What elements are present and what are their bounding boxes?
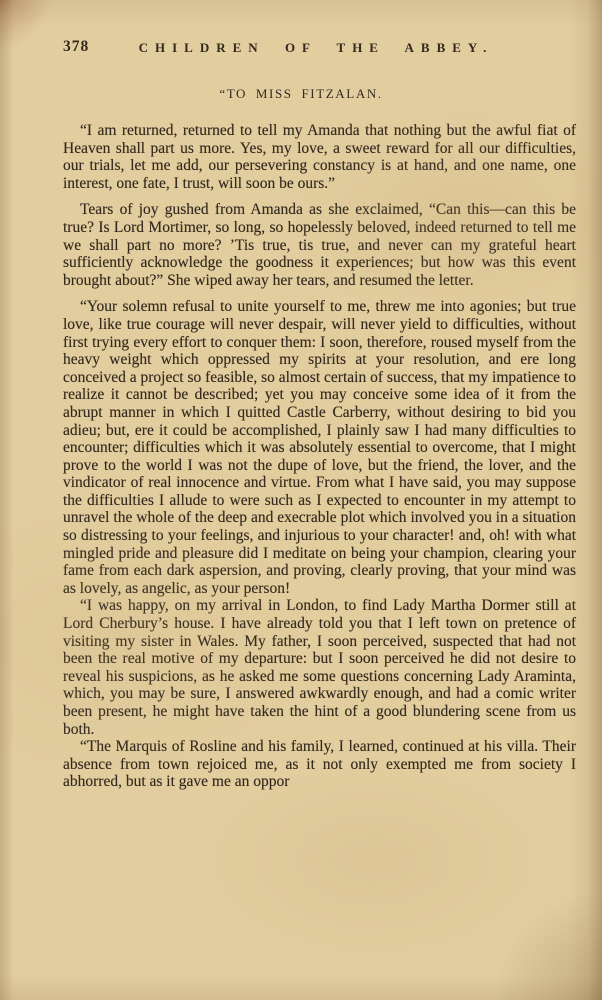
page-header: 378 CHILDREN OF THE ABBEY. — [0, 0, 602, 62]
book-page: 378 CHILDREN OF THE ABBEY. “TO MISS FITZ… — [0, 0, 602, 1000]
paragraph-london-arrival: “I was happy, on my arrival in London, t… — [63, 597, 576, 738]
page-number: 378 — [63, 38, 89, 56]
page-body: “I am returned, returned to tell my Aman… — [63, 122, 576, 791]
paragraph-marquis-rosline: “The Marquis of Rosline and his family, … — [63, 738, 576, 791]
paragraph-letter-resumed: “Your solemn refusal to unite yourself t… — [63, 298, 576, 597]
paragraph-amanda-reaction: Tears of joy gushed from Amanda as she e… — [63, 201, 576, 289]
section-heading: “TO MISS FITZALAN. — [0, 86, 602, 102]
paragraph-letter-opening: “I am returned, returned to tell my Aman… — [63, 122, 576, 192]
running-title: CHILDREN OF THE ABBEY. — [0, 40, 602, 56]
